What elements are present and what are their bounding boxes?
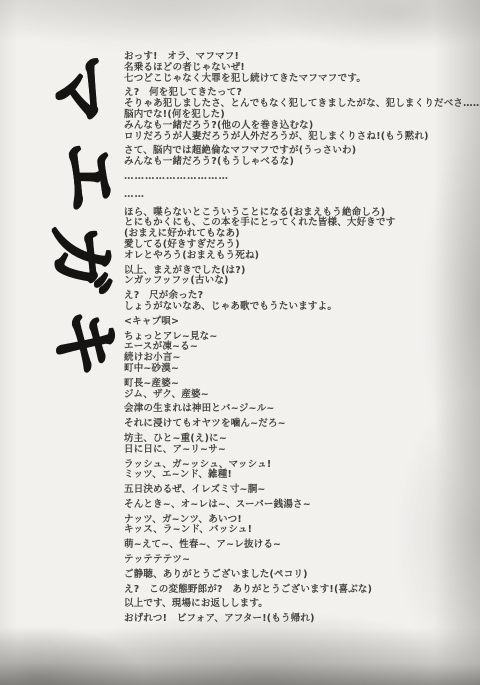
text-line: テッテテテツ~ xyxy=(124,555,460,566)
text-line: おげれつ! ビフォア、アフター!(もう帰れ) xyxy=(124,614,460,625)
text-line: オレとやろう(おまえもう死ね) xyxy=(124,251,460,262)
paragraph: ちょっとアレ~見な~エースが凍~る~続けお小言~町中~砂漠~ xyxy=(124,332,460,375)
text-line: ジム、ザク、産婆~ xyxy=(124,390,460,401)
paragraph: え? 尺が余った?しょうがないなあ、じゃあ歌でもうたいますよ。 xyxy=(124,291,460,313)
paragraph: おっす! オラ、マフマフ!名乗るほどの者じゃないぜ!七つどこじゃなく大罪を犯し続… xyxy=(124,52,460,84)
text-line: 萌~えて~、性春~、ア~レ抜ける~ xyxy=(124,540,460,551)
paragraph: 萌~えて~、性春~、ア~レ抜ける~ xyxy=(124,540,460,551)
paragraph: それに浸けてもオヤツを噛ん~だろ~ xyxy=(124,419,460,430)
text-line: ご静聴、ありがとうございました(ペコリ) xyxy=(124,570,460,581)
title-char: マ xyxy=(35,43,122,132)
paragraph: テッテテテツ~ xyxy=(124,555,460,566)
paragraph: おげれつ! ビフォア、アフター!(もう帰れ) xyxy=(124,614,460,625)
title-char: キ xyxy=(42,298,127,385)
text-line: しょうがないなあ、じゃあ歌でもうたいますよ。 xyxy=(124,302,460,313)
paragraph: え? 何を犯してきたって?そりゃあ犯しましたさ、とんでもなく犯してきましたがな、… xyxy=(124,88,460,142)
text-line: <キャプ唄> xyxy=(124,317,460,328)
paragraph: …… xyxy=(124,190,460,201)
text-line: みんなも一緒だろう?(他の人を巻き込むな) xyxy=(124,121,460,132)
text-line: ………………………… xyxy=(124,172,460,183)
text-line: それに浸けてもオヤツを噛ん~だろ~ xyxy=(124,419,460,430)
text-line: え? この変態野郎が? ありがとうございます!(喜ぶな) xyxy=(124,585,460,596)
title-char: エ xyxy=(46,131,133,220)
paragraph: 五日決めるぜ、イレズミ寸~胴~ xyxy=(124,485,460,496)
text-line: ンガッフッフッ(古いな) xyxy=(124,276,460,287)
scanned-foreword-page: マ エ ガ キ おっす! オラ、マフマフ!名乗るほどの者じゃないぜ!七つどこじゃ… xyxy=(0,0,480,685)
text-line: 名乗るほどの者じゃないぜ! xyxy=(124,63,460,74)
text-line: ロリだろうが人妻だろうが人外だろうが、犯しまくりさね!(もう黙れ) xyxy=(124,132,460,143)
text-line: そんとき~、オ~レは~、スーパー銭湯さ~ xyxy=(124,500,460,511)
text-line: 会津の生まれは神田とバ~ジ~ル~ xyxy=(124,404,460,415)
paragraph: 会津の生まれは神田とバ~ジ~ル~ xyxy=(124,404,460,415)
paragraph: 以上です、現場にお返しします。 xyxy=(124,599,460,610)
paragraph: 坊主、ひと~重(え)に~日に日に、ア~リ~サ~ xyxy=(124,434,460,456)
paragraph: え? この変態野郎が? ありがとうございます!(喜ぶな) xyxy=(124,585,460,596)
text-line: キッス、ラ~ンド、バッシュ! xyxy=(124,525,460,536)
vertical-title-maegaki: マ エ ガ キ xyxy=(40,44,126,384)
text-line: 以上です、現場にお返しします。 xyxy=(124,599,460,610)
paragraph: さて、脳内では超絶倫なマフマフですが(うっさいわ)みんなも一緒だろう?(もうしゃ… xyxy=(124,146,460,168)
text-line: 町長~産婆~ xyxy=(124,379,460,390)
text-line: 町中~砂漠~ xyxy=(124,364,460,375)
text-line: 日に日に、ア~リ~サ~ xyxy=(124,445,460,456)
title-char: ガ xyxy=(38,214,123,301)
foreword-text-column: おっす! オラ、マフマフ!名乗るほどの者じゃないぜ!七つどこじゃなく大罪を犯し続… xyxy=(124,52,460,629)
paragraph: 町長~産婆~ジム、ザク、産婆~ xyxy=(124,379,460,401)
paragraph: ほら、喋らないとこういうことになる(おまえもう絶命しろ)とにもかくにも、この本を… xyxy=(124,208,460,262)
text-line: 五日決めるぜ、イレズミ寸~胴~ xyxy=(124,485,460,496)
paragraph: ………………………… xyxy=(124,172,460,183)
paragraph: <キャプ唄> xyxy=(124,317,460,328)
paragraph: ナッツ、ガ~ンツ、あいつ!キッス、ラ~ンド、バッシュ! xyxy=(124,515,460,537)
text-line: みんなも一緒だろう?(もうしゃべるな) xyxy=(124,157,460,168)
text-line: …… xyxy=(124,190,460,201)
paragraph: 以上、まえがきでした(は?)ンガッフッフッ(古いな) xyxy=(124,266,460,288)
paragraph: ラッシュ、ガ~ッシュ、マッシュ!ミッツ、エ~ンド、雑種! xyxy=(124,460,460,482)
paragraph: ご静聴、ありがとうございました(ペコリ) xyxy=(124,570,460,581)
text-line: ミッツ、エ~ンド、雑種! xyxy=(124,470,460,481)
text-line: 七つどこじゃなく大罪を犯し続けてきたマフマフです。 xyxy=(124,74,460,85)
paragraph: そんとき~、オ~レは~、スーパー銭湯さ~ xyxy=(124,500,460,511)
